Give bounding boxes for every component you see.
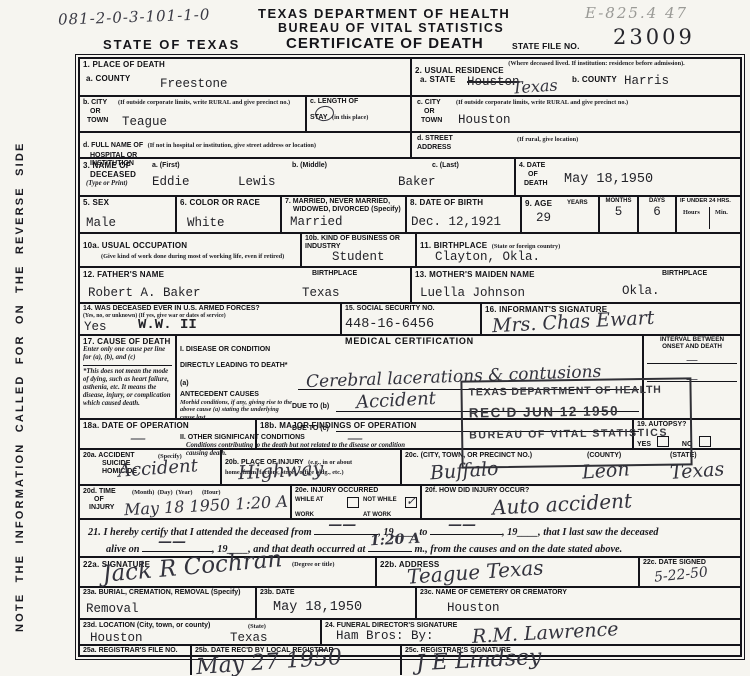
field-cause-of-death-rail: 17. CAUSE OF DEATH Enter only one cause … <box>80 336 177 418</box>
first-name-value: Eddie <box>152 175 190 189</box>
under24-label: IF UNDER 24 HRS. <box>680 198 737 204</box>
ssn-label: 15. SOCIAL SECURITY NO. <box>345 305 477 313</box>
ash-value: Accident <box>117 455 198 482</box>
not-while-label-1: NOT WHILE <box>363 497 405 504</box>
state-of-texas: STATE OF TEXAS <box>103 37 240 52</box>
armed-forces-hint: (Yes, no, or unknown) (If yes, give war … <box>83 313 337 320</box>
stamp-line-3: BUREAU OF VITAL STATISTICS <box>469 426 684 441</box>
due-b-label: DUE TO (b) <box>292 403 336 411</box>
stay-label-1: c. LENGTH OF <box>310 98 407 106</box>
res-city-town: TOWN <box>421 117 442 125</box>
dod-label-2: OF <box>528 171 538 179</box>
field-street-address: d. STREET ADDRESS (If rural, give locati… <box>412 133 740 157</box>
margin-reverse-side-note: NOTE THE INFORMATION CALLED FOR ON THE R… <box>14 141 26 632</box>
certify-text-4: alive on <box>106 544 139 555</box>
cemetery-value: Houston <box>447 601 500 615</box>
usual-residence-title: 2. USUAL RESIDENCE <box>415 66 504 75</box>
last-name-value: Baker <box>398 175 436 189</box>
dob-value: Dec. 12,1921 <box>411 215 501 229</box>
hours-label: Hours <box>683 209 700 216</box>
dod-label-1: 4. DATE <box>519 162 545 170</box>
field-length-of-stay: c. LENGTH OF STAY (in this place) <box>307 97 412 131</box>
cause-note: Enter only one cause per line for (a), (… <box>83 346 172 362</box>
birthplace-value: Clayton, Okla. <box>435 250 540 264</box>
med-cert-title: MEDICAL CERTIFICATION <box>180 336 639 346</box>
field-birthplace: 11. BIRTHPLACE (State or foreign country… <box>417 234 740 266</box>
father-birthplace-label: BIRTHPLACE <box>312 270 357 278</box>
place-of-death-title: 1. PLACE OF DEATH <box>83 60 407 69</box>
industry-label: 10b. KIND OF BUSINESS OR INDUSTRY <box>305 235 412 250</box>
field-sex: 5. SEX Male <box>80 197 177 232</box>
field-occupation: 10a. USUAL OCCUPATION (Give kind of work… <box>80 234 302 266</box>
min-label: Min. <box>715 209 728 216</box>
field-date-signed: 22c. DATE SIGNED 5-22-50 <box>640 558 740 586</box>
dod-value: May 18,1950 <box>564 172 653 187</box>
field-place-of-death: 1. PLACE OF DEATH a. COUNTY Freestone <box>80 59 412 95</box>
death-time-value: 1:20 A <box>370 531 421 550</box>
field-age-days: DAYS 6 <box>639 197 677 232</box>
field-physician-signature: 22a. SIGNATURE (Degree or title) Jack R … <box>80 558 377 586</box>
while-at-work-label-1: WHILE AT <box>295 497 347 504</box>
not-while-checkmark: ✓ <box>406 494 416 508</box>
birthplace-label: 11. BIRTHPLACE <box>420 241 487 250</box>
bureau-title: BUREAU OF VITAL STATISTICS <box>278 21 504 35</box>
certify-dash-2: —— <box>448 517 476 533</box>
name-label-3: (Type or Print) <box>86 180 128 188</box>
rail-divider <box>83 365 172 366</box>
ash-label-1: 20a. ACCIDENT <box>83 452 134 460</box>
hospital-hint: (If not in hospital or institution, give… <box>148 142 316 149</box>
race-value: White <box>187 216 225 230</box>
toi-label-1: 20d. TIME <box>83 488 116 496</box>
while-at-work-checkbox <box>347 497 359 508</box>
state-label: a. STATE <box>420 75 456 84</box>
burial-date-value: May 18,1950 <box>273 600 362 615</box>
age-days-label: DAYS <box>642 198 672 205</box>
field-industry: 10b. KIND OF BUSINESS OR INDUSTRY Studen… <box>302 234 417 266</box>
pencil-annotation: E-825.4 47 <box>585 4 688 22</box>
disease-label-sub: (a) <box>180 380 189 387</box>
middle-name-label: b. (Middle) <box>292 162 327 170</box>
field-funeral-director: 24. FUNERAL DIRECTOR'S SIGNATURE Ham Bro… <box>322 620 740 644</box>
field-how-injury-occurred: 20f. HOW DID INJURY OCCUR? Auto accident <box>422 486 740 518</box>
cause-footnote: *This does not mean the mode of dying, s… <box>83 368 172 409</box>
burial-value: Removal <box>86 602 139 616</box>
registrar-signature-value: J E Lindsey <box>415 645 542 676</box>
res-city-label: c. CITY <box>417 99 441 107</box>
sex-value: Male <box>86 216 116 230</box>
field-age-under24: IF UNDER 24 HRS. Hours Min. <box>677 197 740 232</box>
city-value: Teague <box>122 115 167 129</box>
street-hint: (If rural, give location) <box>517 136 578 143</box>
res-city-value: Houston <box>458 113 511 127</box>
usual-residence-hint: (Where deceased lived. If institution: r… <box>508 60 684 67</box>
dod-label-3: DEATH <box>524 180 548 188</box>
res-county-value: Harris <box>624 74 669 88</box>
marital-value: Married <box>290 215 343 229</box>
operation-date-label: 18a. DATE OF OPERATION <box>83 421 252 430</box>
city-label-or: OR <box>90 108 101 116</box>
stamp-line-1: TEXAS DEPARTMENT OF HEALTH <box>468 384 683 399</box>
operation-date-dash: — <box>130 428 146 447</box>
hospital-label-1: d. FULL NAME OF <box>83 142 143 149</box>
antecedent-note: Morbid conditions, if any, giving rise t… <box>180 399 292 422</box>
field-usual-residence: 2. USUAL RESIDENCE (Where deceased lived… <box>412 59 740 95</box>
cause-b-value: Accident <box>356 388 437 413</box>
not-while-label-2: AT WORK <box>363 512 391 518</box>
stamp-line-2: REC'D JUN 12 1950 <box>469 403 684 421</box>
registrar-file-label: 25a. REGISTRAR'S FILE NO. <box>83 647 187 655</box>
autopsy-no-checkbox <box>699 436 711 447</box>
field-burial-removal: 23a. BURIAL, CREMATION, REMOVAL (Specify… <box>80 588 257 618</box>
burial-location-state-label: (State) <box>248 623 266 630</box>
field-armed-forces: 14. WAS DECEASED EVER IN U.S. ARMED FORC… <box>80 304 342 334</box>
burial-label: 23a. BURIAL, CREMATION, REMOVAL (Specify… <box>83 589 252 597</box>
field-burial-date: 23b. DATE May 18,1950 <box>257 588 417 618</box>
state-file-no-value: 23009 <box>613 25 695 49</box>
field-registrar-signature: 25c. REGISTRAR'S SIGNATURE J E Lindsey <box>402 646 740 675</box>
name-label-2: DECEASED <box>90 170 136 179</box>
street-label-2: ADDRESS <box>417 144 451 152</box>
handwritten-file-code: 081-2-0-3-101-1-0 <box>58 5 211 28</box>
dob-label: 8. DATE OF BIRTH <box>410 198 517 207</box>
stay-hint: (in this place) <box>332 114 368 121</box>
county-label: a. COUNTY <box>86 74 130 83</box>
field-age: 9. AGE YEARS 29 <box>522 197 600 232</box>
certify-dash-3: —— <box>158 534 186 550</box>
interval-a-dash: — <box>686 353 698 367</box>
degree-title-label: (Degree or title) <box>292 561 334 568</box>
funeral-director-signature: R.M. Lawrence <box>472 618 619 648</box>
field-father: 12. FATHER'S NAME BIRTHPLACE Robert A. B… <box>80 268 412 302</box>
field-time-of-injury: 20d. TIME OF INJURY (Month) (Day) (Year)… <box>80 486 292 518</box>
res-county-label: b. COUNTY <box>572 75 617 84</box>
field-accident-suicide-homicide: 20a. ACCIDENT SUICIDE HOMICIDE (Specify)… <box>80 450 222 484</box>
race-label: 6. COLOR OR RACE <box>180 198 277 207</box>
birthplace-hint: (State or foreign country) <box>492 243 561 250</box>
res-city-hint: (If outside corporate limits, write RURA… <box>456 99 726 106</box>
industry-value: Student <box>332 250 385 264</box>
occupation-label: 10a. USUAL OCCUPATION <box>83 241 187 250</box>
marital-label-2: WIDOWED, DIVORCED (Specify) <box>293 206 402 214</box>
field-certify-statement: 21. I hereby certify that I attended the… <box>80 520 740 558</box>
certify-dash-1: —— <box>328 517 356 533</box>
burial-location-value: Houston <box>90 631 143 645</box>
certificate-title: CERTIFICATE OF DEATH <box>286 35 484 52</box>
age-days-value: 6 <box>642 205 672 219</box>
ssn-value: 448-16-6456 <box>345 317 434 332</box>
cause-label: 17. CAUSE OF DEATH <box>83 337 172 346</box>
field-city-or-town: b. CITY OR TOWN (If outside corporate li… <box>80 97 307 131</box>
mother-birthplace-value: Okla. <box>622 284 660 298</box>
death-certificate-scan: 081-2-0-3-101-1-0 TEXAS DEPARTMENT OF HE… <box>0 0 750 676</box>
city-hint: (If outside corporate limits, write RURA… <box>118 99 298 106</box>
sex-label: 5. SEX <box>83 198 172 207</box>
received-stamp: TEXAS DEPARTMENT OF HEALTH REC'D JUN 12 … <box>460 377 692 468</box>
toi-label-2: OF <box>94 496 104 504</box>
age-years-label: YEARS <box>567 200 588 207</box>
burial-location-state-value: Texas <box>230 631 268 645</box>
under24-divider <box>709 207 710 229</box>
not-while-checkbox: ✓ <box>405 497 417 508</box>
poi-value: Highway <box>237 458 323 484</box>
res-city-or: OR <box>424 108 435 116</box>
date-signed-value: 5-22-50 <box>653 564 708 586</box>
age-years-value: 29 <box>536 211 551 225</box>
cemetery-label: 23c. NAME OF CEMETERY OR CREMATORY <box>420 589 737 597</box>
mother-label: 13. MOTHER'S MAIDEN NAME <box>415 270 535 279</box>
funeral-home-value: Ham Bros: By: <box>336 629 434 643</box>
operation-findings-dash: — <box>347 428 363 447</box>
interval-label-2: ONSET AND DEATH <box>647 344 737 351</box>
field-cemetery: 23c. NAME OF CEMETERY OR CREMATORY Houst… <box>417 588 740 618</box>
mother-birthplace-label: BIRTHPLACE <box>662 270 707 278</box>
field-res-city: c. CITY OR TOWN (If outside corporate li… <box>412 97 740 131</box>
occupation-hint: (Give kind of work done during most of w… <box>101 253 291 260</box>
armed-forces-war: W.W. II <box>138 317 197 333</box>
street-label-1: d. STREET <box>417 135 453 143</box>
field-date-of-operation: 18a. DATE OF OPERATION — <box>80 420 257 448</box>
disease-label-2: DIRECTLY LEADING TO DEATH* <box>180 362 287 369</box>
field-color-race: 6. COLOR OR RACE White <box>177 197 282 232</box>
field-physician-address: 22b. ADDRESS Teague Texas <box>377 558 640 586</box>
field-date-recd: 25b. DATE REC'D BY LOCAL REGISTRAR May 2… <box>192 646 402 675</box>
field-injury-occurred: 20e. INJURY OCCURRED WHILE AT WORK NOT W… <box>292 486 422 518</box>
armed-forces-value: Yes <box>84 320 107 334</box>
field-age-months: MONTHS 5 <box>600 197 639 232</box>
certificate-form: 1. PLACE OF DEATH a. COUNTY Freestone 2.… <box>78 57 742 657</box>
field-hospital-name: d. FULL NAME OF (If not in hospital or i… <box>80 133 412 157</box>
county-value: Freestone <box>160 77 228 91</box>
middle-name-value: Lewis <box>238 175 276 189</box>
state-handwritten: Texas <box>511 75 558 97</box>
city-label: b. CITY <box>83 99 107 107</box>
name-label-1: 3. NAME OF <box>83 161 131 170</box>
burial-location-label: 23d. LOCATION (City, town, or county) <box>83 622 210 630</box>
field-date-of-birth: 8. DATE OF BIRTH Dec. 12,1921 <box>407 197 522 232</box>
mother-value: Luella Johnson <box>420 286 525 300</box>
field-name-of-deceased: 3. NAME OF DECEASED (Type or Print) a. (… <box>80 159 516 195</box>
age-months-label: MONTHS <box>603 198 634 205</box>
field-informant: 16. INFORMANT'S SIGNATURE Mrs. Chas Ewar… <box>482 304 740 334</box>
certify-text-6: m., from the causes and on the date stat… <box>415 544 623 555</box>
father-value: Robert A. Baker <box>88 286 201 300</box>
interval-a-cell: — <box>647 351 737 364</box>
dept-title: TEXAS DEPARTMENT OF HEALTH <box>258 6 510 21</box>
field-place-of-injury: 20b. PLACE OF INJURY (e.g., in or about … <box>222 450 402 484</box>
state-file-no-label: STATE FILE NO. <box>512 42 580 52</box>
field-marital-status: 7. MARRIED, NEVER MARRIED, WIDOWED, DIVO… <box>282 197 407 232</box>
toi-label-3: INJURY <box>89 504 114 512</box>
field-burial-location: 23d. LOCATION (City, town, or county) (S… <box>80 620 322 644</box>
marital-label-1: 7. MARRIED, NEVER MARRIED, <box>285 198 402 206</box>
first-name-label: a. (First) <box>152 162 180 170</box>
city-label-town: TOWN <box>87 117 108 125</box>
father-birthplace-value: Texas <box>302 286 340 300</box>
certify-text-3: , 19____, that I last saw the deceased <box>502 527 658 538</box>
field-registrar-file-no: 25a. REGISTRAR'S FILE NO. <box>80 646 192 675</box>
age-months-value: 5 <box>603 205 634 219</box>
armed-forces-label: 14. WAS DECEASED EVER IN U.S. ARMED FORC… <box>83 305 337 313</box>
certify-text-1: 21. I hereby certify that I attended the… <box>88 527 312 538</box>
disease-label-1: I. DISEASE OR CONDITION <box>180 346 298 354</box>
burial-date-label: 23b. DATE <box>260 589 412 597</box>
while-at-work-label-2: WORK <box>295 512 314 518</box>
field-date-of-death: 4. DATE OF DEATH May 18,1950 <box>516 159 740 195</box>
injury-occurred-label: 20e. INJURY OCCURRED <box>295 487 417 495</box>
field-ssn: 15. SOCIAL SECURITY NO. 448-16-6456 <box>342 304 482 334</box>
field-mother: 13. MOTHER'S MAIDEN NAME BIRTHPLACE Luel… <box>412 268 740 302</box>
father-label: 12. FATHER'S NAME <box>83 270 164 279</box>
last-name-label: c. (Last) <box>432 162 459 170</box>
age-label: 9. AGE <box>525 199 552 208</box>
